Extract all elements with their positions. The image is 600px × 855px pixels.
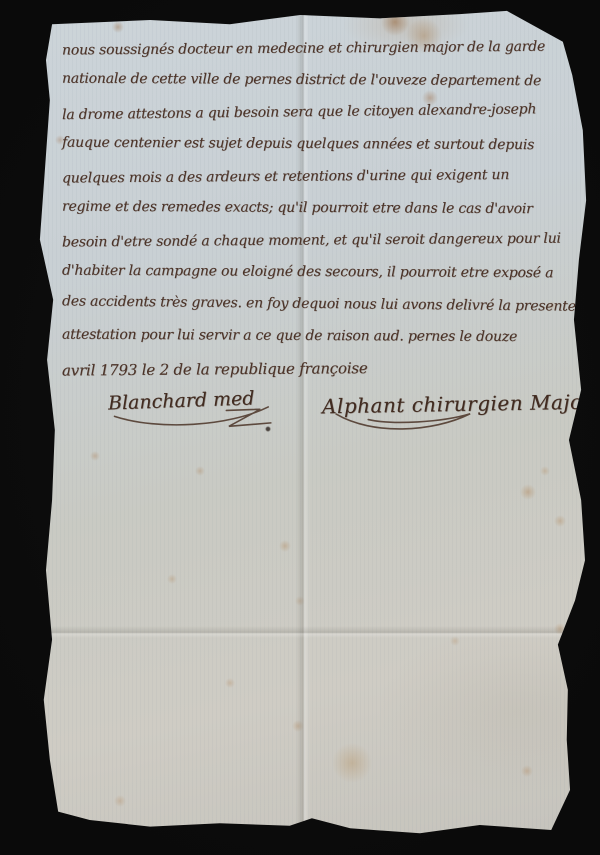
- manuscript-text: nous soussignés docteur en medecine et c…: [62, 32, 574, 384]
- manuscript-line-10: attestation pour lui servir a ce que de …: [62, 319, 574, 354]
- manuscript-line-4: fauque centenier est sujet depuis quelqu…: [62, 127, 574, 162]
- signature-alphant: Alphant chirurgien Major: [322, 390, 593, 419]
- manuscript-paper: nous soussignés docteur en medecine et c…: [36, 10, 590, 845]
- manuscript-line-7: besoin d'etre sondé a chaque moment, et …: [62, 222, 574, 258]
- photo-background: nous soussignés docteur en medecine et c…: [0, 0, 600, 855]
- manuscript-line-9: des accidents très graves. en foy dequoi…: [62, 285, 574, 322]
- manuscript-line-1: nous soussignés docteur en medecine et c…: [62, 30, 574, 66]
- manuscript-line-6: regime et des remedes exacts; qu'il pour…: [62, 191, 574, 226]
- horizontal-fold-crease: [36, 626, 590, 638]
- signature-blanchard: Blanchard med: [108, 387, 255, 414]
- manuscript-line-2: nationale de cette ville de pernes distr…: [62, 63, 574, 98]
- manuscript-line-5: quelques mois a des ardeurs et retention…: [62, 158, 574, 194]
- manuscript-line-11: avril 1793 le 2 de la republique françoi…: [62, 350, 574, 386]
- manuscript-line-8: d'habiter la campagne ou eloigné des sec…: [62, 255, 574, 290]
- signature-flourish-icon: [108, 403, 279, 439]
- manuscript-line-3: la drome attestons a qui besoin sera que…: [62, 93, 574, 131]
- signature-flourish-icon: [322, 408, 482, 441]
